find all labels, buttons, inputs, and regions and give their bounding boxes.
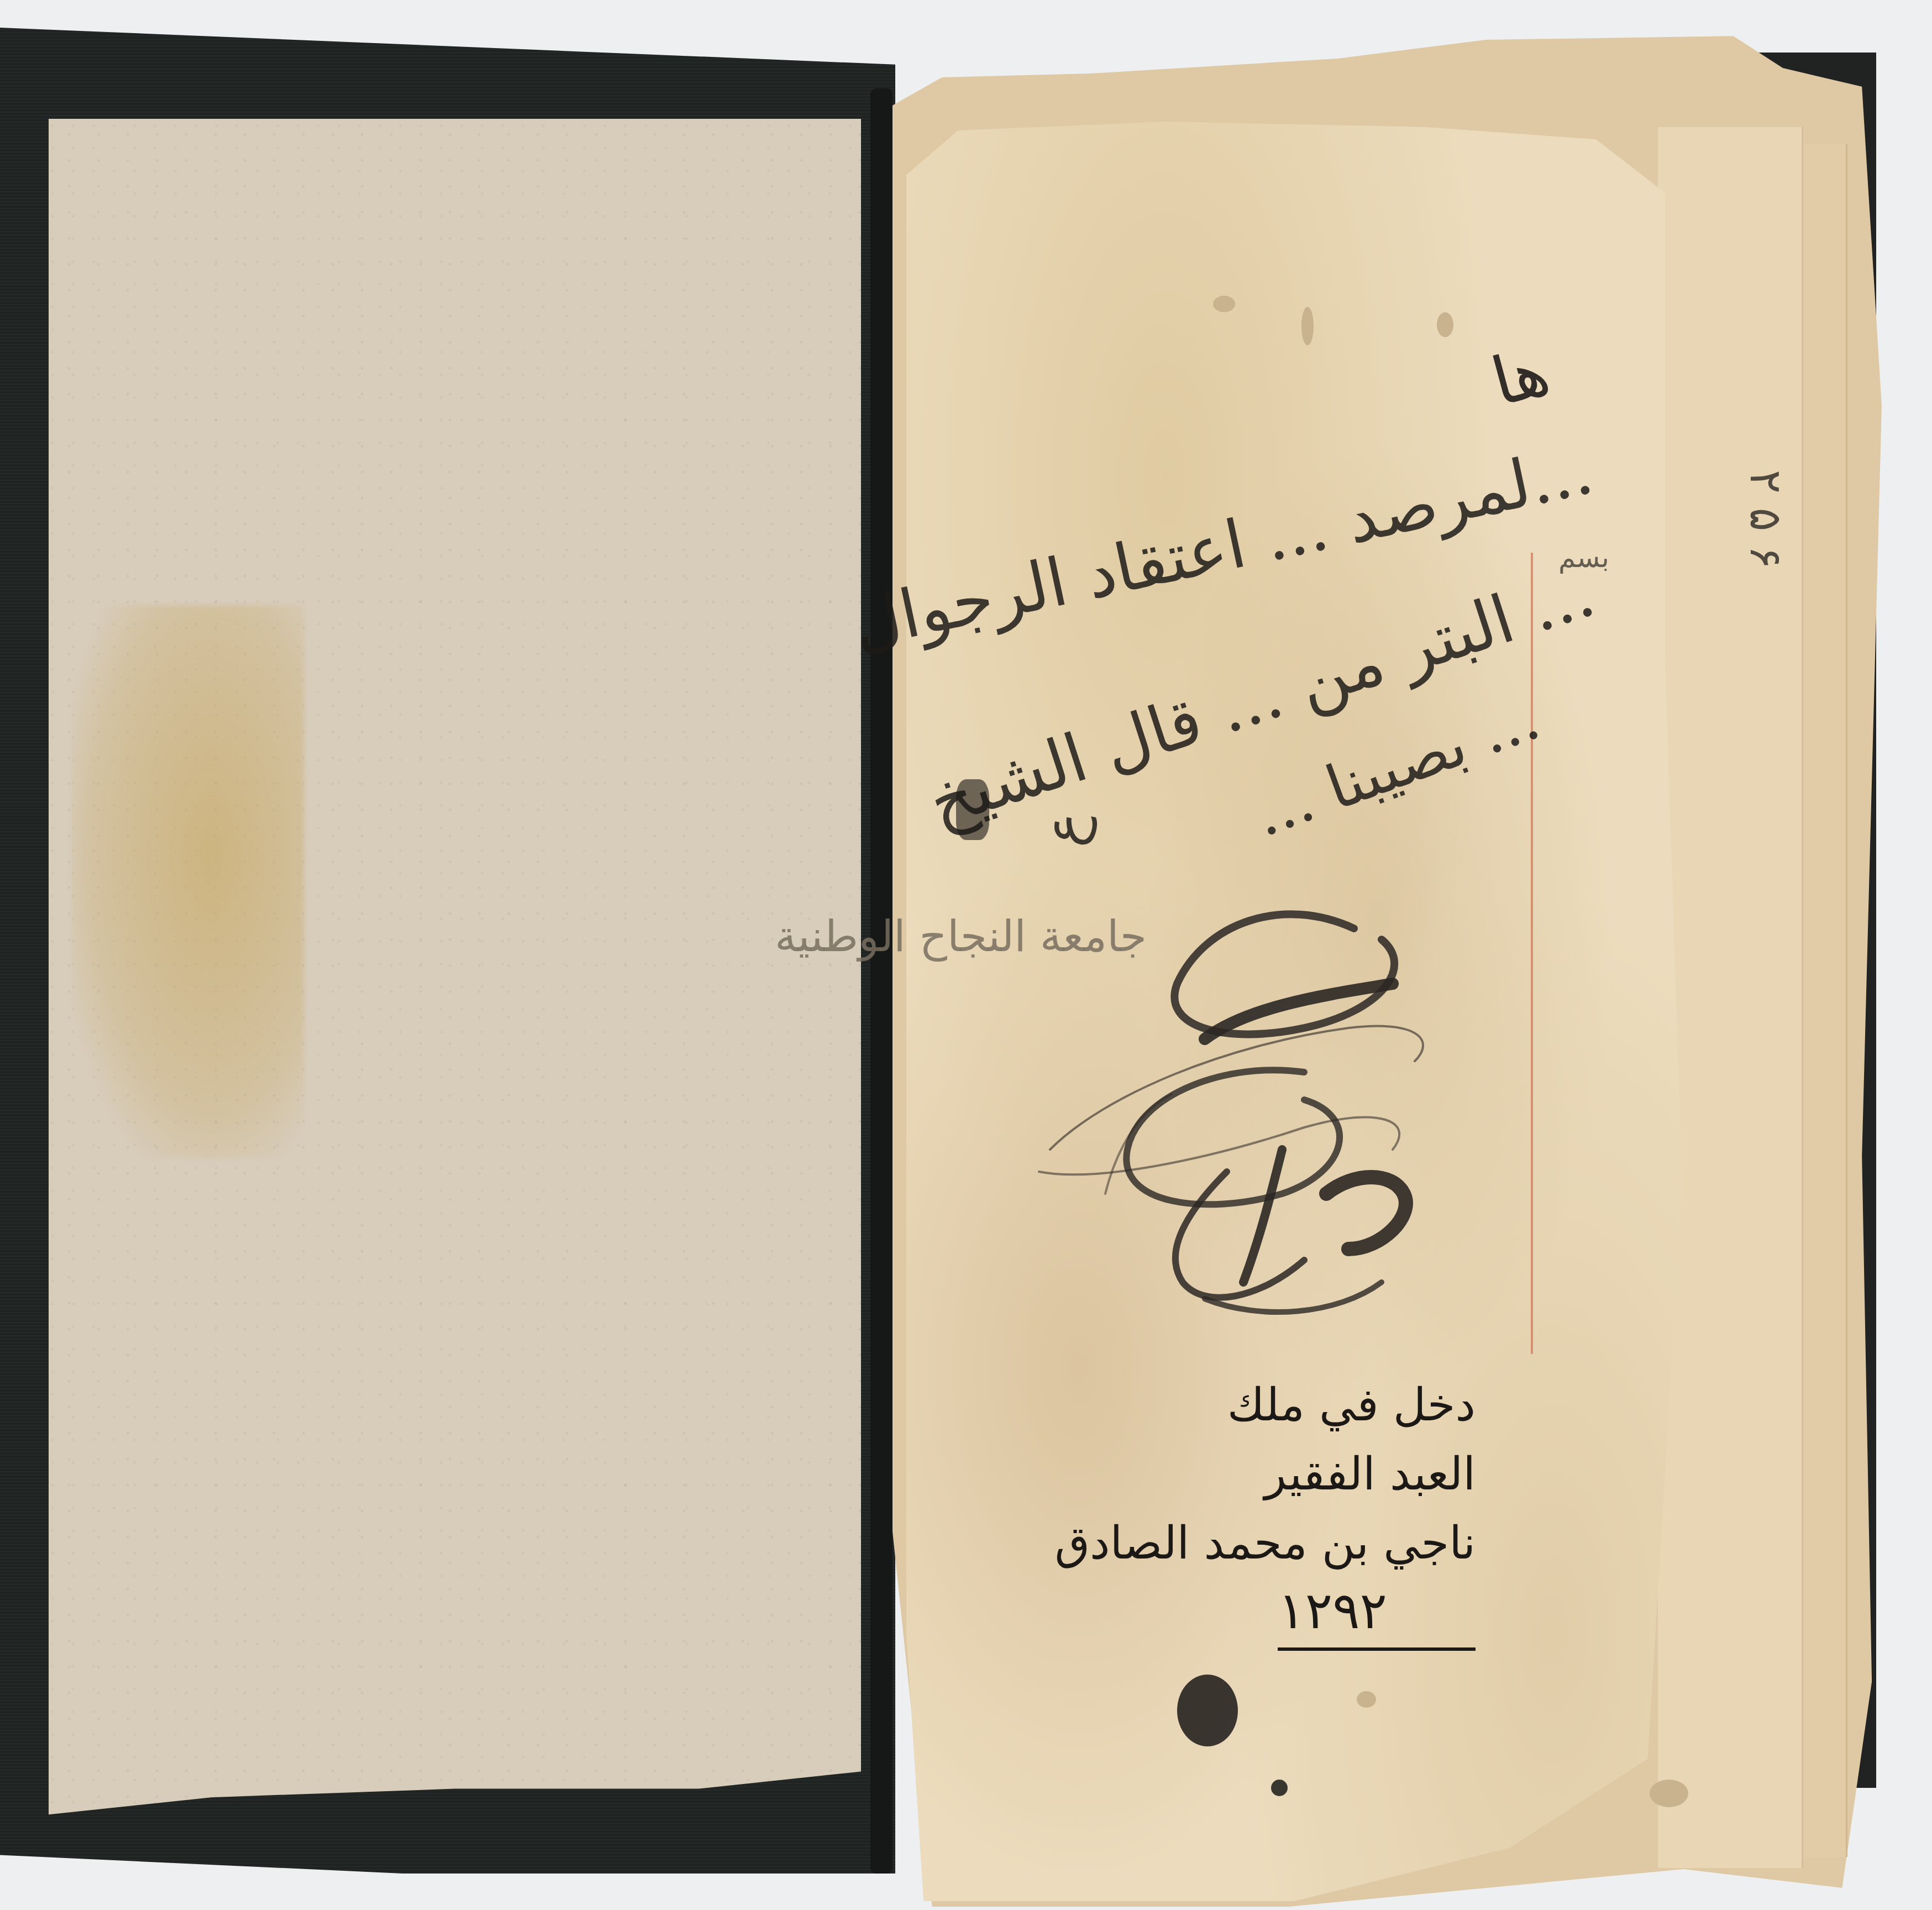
ink-blot: [1271, 1780, 1288, 1796]
worm-hole: [1213, 296, 1235, 312]
worm-hole: [1650, 1780, 1688, 1807]
worm-hole: [1437, 312, 1453, 337]
red-margin-rule: [1531, 553, 1533, 1354]
ownership-line: العبد الفقير: [1078, 1440, 1476, 1509]
manuscript-photo: ها ...لمرصد ... اعتقاد الرجوال ... البتر…: [0, 0, 1932, 1910]
university-watermark: جامعة النجاح الوطنية: [793, 912, 1147, 962]
worm-hole: [1357, 1691, 1376, 1708]
page-layer: [1658, 127, 1803, 1868]
side-numerals: ۲ ۵ ۶: [1735, 470, 1796, 569]
ownership-line: ناجي بن محمد الصادق: [1078, 1509, 1476, 1578]
offset-stain: [72, 605, 304, 1158]
ownership-note: دخل في ملك العبد الفقير ناجي بن محمد الص…: [1078, 1371, 1476, 1651]
ink-blot: [1177, 1675, 1238, 1746]
ink-blot: [956, 779, 989, 840]
side-note: بسم: [1558, 542, 1609, 574]
spine-gutter: [870, 88, 893, 1874]
ownership-line: دخل في ملك: [1078, 1371, 1476, 1440]
ownership-year: ١٢٩٢: [1278, 1578, 1476, 1651]
worm-hole: [1301, 307, 1314, 345]
